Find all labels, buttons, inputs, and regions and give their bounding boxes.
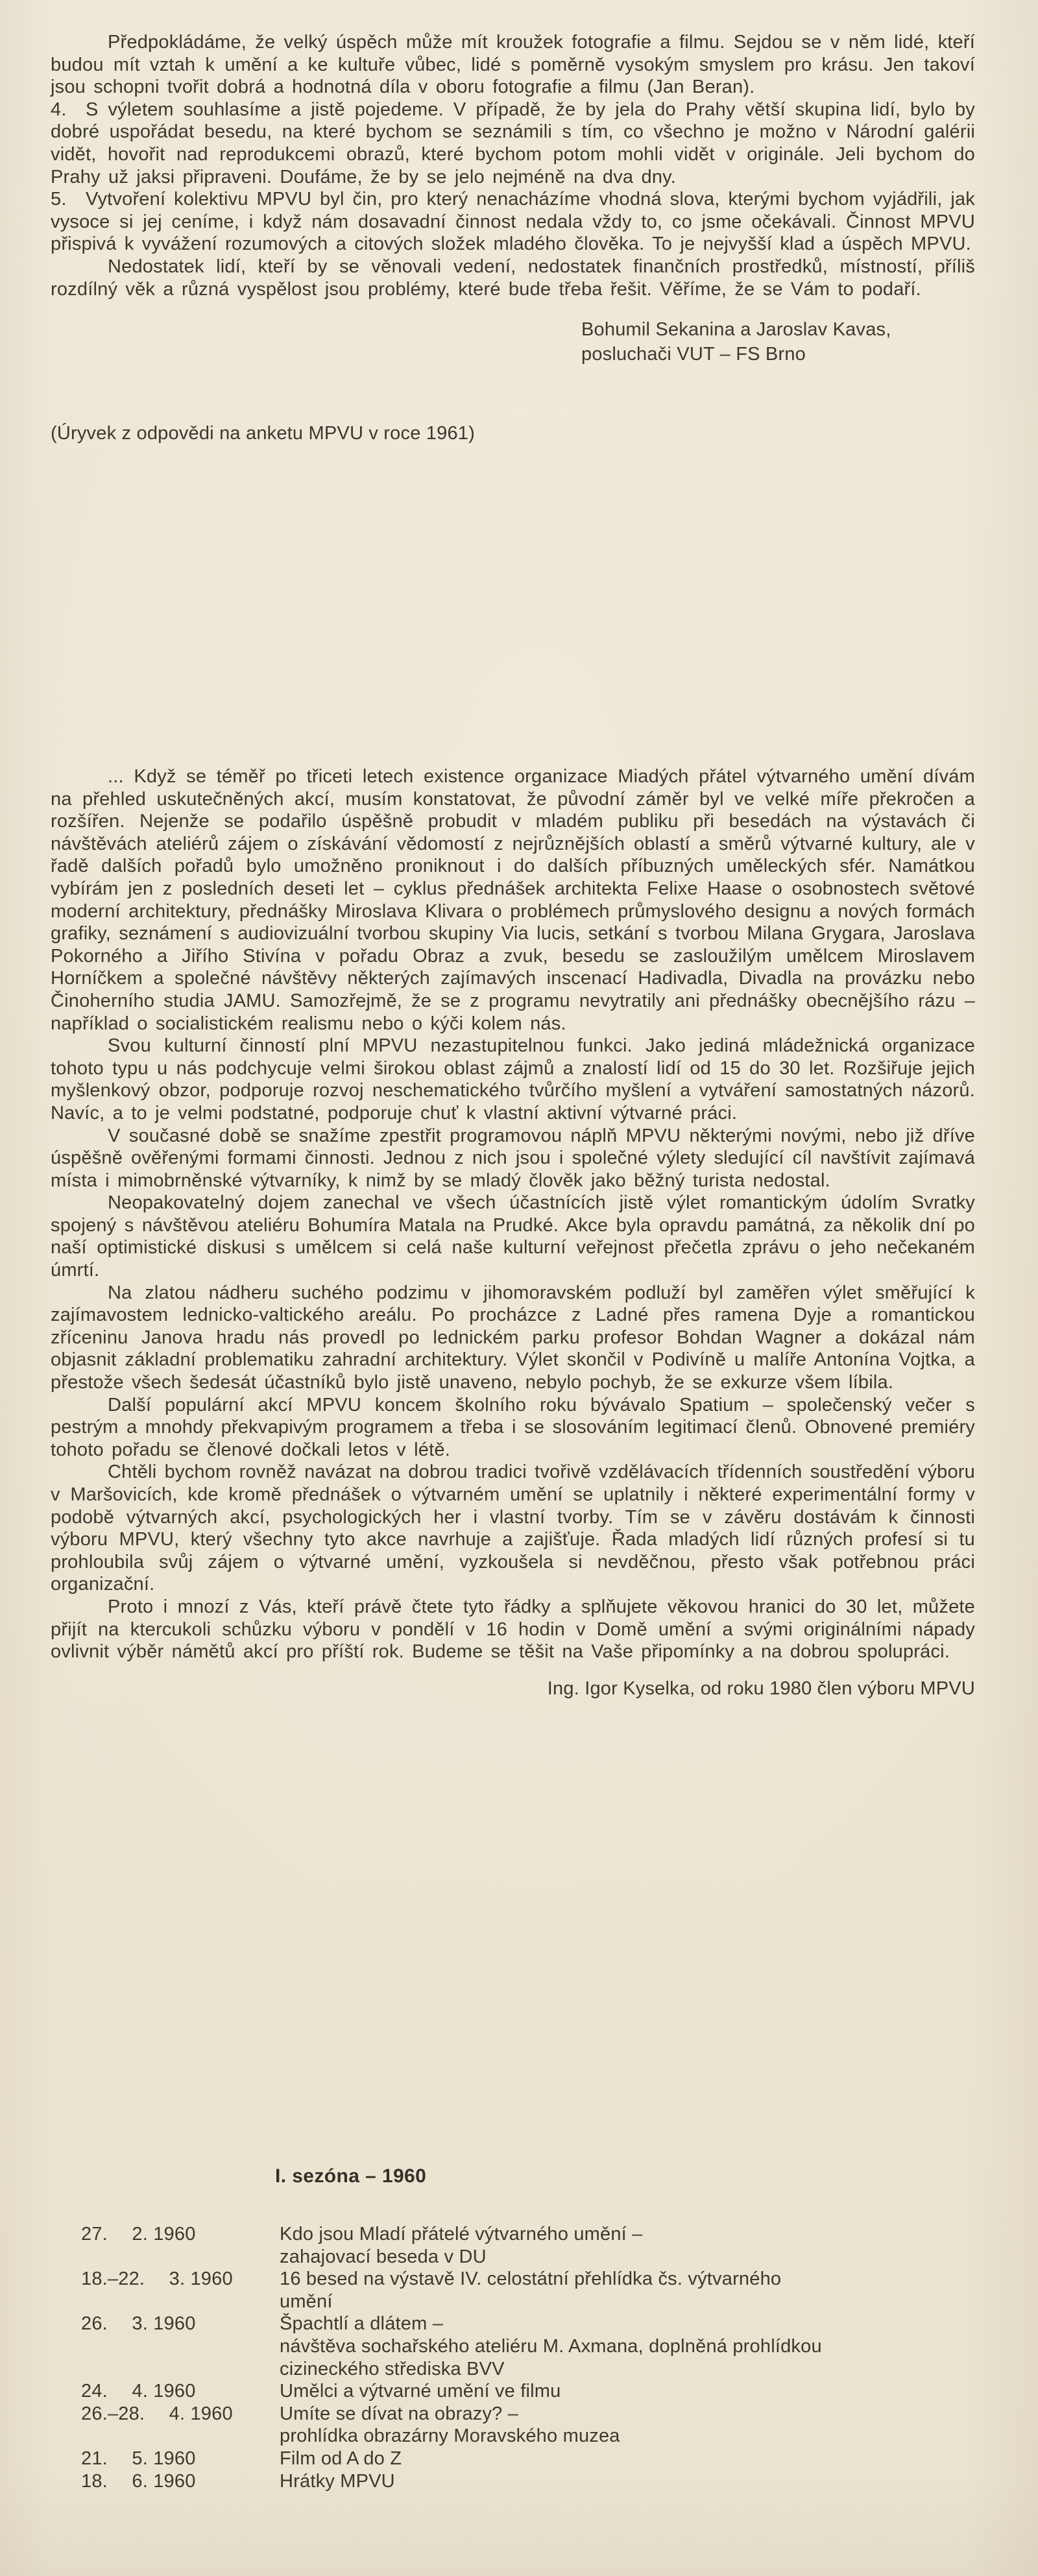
event-date: 27. 2. 1960: [81, 2223, 280, 2246]
event-description: Film od A do Z: [280, 2448, 975, 2470]
event-line: cizineckého střediska BVV: [280, 2358, 975, 2381]
season-heading: I. sezóna – 1960: [275, 2165, 975, 2188]
paragraph: Neopakovatelný dojem zanechal ve všech ú…: [51, 1192, 975, 1281]
paragraph: ... Když se téměř po třiceti letech exis…: [51, 765, 975, 1035]
anketa-section: Předpokládáme, že velký úspěch může mít …: [51, 31, 975, 445]
anketa-paragraphs: Předpokládáme, že velký úspěch může mít …: [51, 31, 975, 300]
paragraph: V současné době se snažíme zpestřit prog…: [51, 1125, 975, 1192]
paragraph: Chtěli bychom rovněž navázat na dobrou t…: [51, 1461, 975, 1596]
event-line: Hrátky MPVU: [280, 2470, 975, 2493]
event-date: 26. 3. 1960: [81, 2313, 280, 2335]
event-line: zahajovací beseda v DU: [280, 2246, 975, 2269]
season-section: I. sezóna – 1960 27. 2. 1960 Kdo jsou Ml…: [51, 2165, 975, 2492]
event-date: 18. 6. 1960: [81, 2470, 280, 2493]
paragraph: Nedostatek lidí, kteří by se věnovali ve…: [51, 256, 975, 300]
event-description: Hrátky MPVU: [280, 2470, 975, 2493]
paragraph: Další populární akcí MPVU koncem školníh…: [51, 1394, 975, 1462]
event-line: Kdo jsou Mladí přátelé výtvarného umění …: [280, 2223, 975, 2246]
paragraph: Proto i mnozí z Vás, kteří právě čtete t…: [51, 1596, 975, 1663]
event-row: 18. 6. 1960 Hrátky MPVU: [81, 2470, 975, 2493]
event-date: 18.–22. 3. 1960: [81, 2268, 280, 2291]
paragraph: 4. S výletem souhlasíme a jistě pojedeme…: [51, 99, 975, 188]
event-date: 26.–28. 4. 1960: [81, 2403, 280, 2426]
event-row: 24. 4. 1960 Umělci a výtvarné umění ve f…: [81, 2380, 975, 2403]
event-description: Špachtlí a dlátem –návštěva sochařského …: [280, 2313, 975, 2380]
event-description: Umíte se dívat na obrazy? –prohlídka obr…: [280, 2403, 975, 2448]
event-row: 27. 2. 1960 Kdo jsou Mladí přátelé výtva…: [81, 2223, 975, 2268]
paragraph: Na zlatou nádheru suchého podzimu v jiho…: [51, 1282, 975, 1394]
event-line: Umělci a výtvarné umění ve filmu: [280, 2380, 975, 2403]
event-line: umění: [280, 2291, 975, 2313]
event-line: prohlídka obrazárny Moravského muzea: [280, 2425, 975, 2448]
signature-line: Bohumil Sekanina a Jaroslav Kavas,: [581, 317, 975, 342]
paragraph: Svou kulturní činností plní MPVU nezastu…: [51, 1035, 975, 1124]
event-line: 16 besed na výstavě IV. celostátní přehl…: [280, 2268, 975, 2291]
event-line: Špachtlí a dlátem –: [280, 2313, 975, 2335]
source-note: (Úryvek z odpovědi na anketu MPVU v roce…: [51, 422, 975, 445]
event-date: 21. 5. 1960: [81, 2448, 280, 2470]
scanned-page: Předpokládáme, že velký úspěch může mít …: [0, 0, 1038, 2576]
event-row: 26. 3. 1960 Špachtlí a dlátem –návštěva …: [81, 2313, 975, 2380]
event-line: Umíte se dívat na obrazy? –: [280, 2403, 975, 2426]
signature-line: posluchači VUT – FS Brno: [581, 342, 975, 367]
anketa-signature: Bohumil Sekanina a Jaroslav Kavas, poslu…: [581, 317, 975, 367]
event-schedule: 27. 2. 1960 Kdo jsou Mladí přátelé výtva…: [81, 2223, 975, 2492]
event-description: 16 besed na výstavě IV. celostátní přehl…: [280, 2268, 975, 2313]
essay-paragraphs: ... Když se téměř po třiceti letech exis…: [51, 765, 975, 1663]
event-row: 21. 5. 1960 Film od A do Z: [81, 2448, 975, 2470]
essay-section: ... Když se téměř po třiceti letech exis…: [51, 765, 975, 1700]
event-line: Film od A do Z: [280, 2448, 975, 2470]
event-description: Kdo jsou Mladí přátelé výtvarného umění …: [280, 2223, 975, 2268]
event-date: 24. 4. 1960: [81, 2380, 280, 2403]
paragraph: Předpokládáme, že velký úspěch může mít …: [51, 31, 975, 99]
event-row: 26.–28. 4. 1960 Umíte se dívat na obrazy…: [81, 2403, 975, 2448]
event-description: Umělci a výtvarné umění ve filmu: [280, 2380, 975, 2403]
event-line: návštěva sochařského ateliéru M. Axmana,…: [280, 2335, 975, 2358]
paragraph: 5. Vytvoření kolektivu MPVU byl čin, pro…: [51, 188, 975, 256]
event-row: 18.–22. 3. 1960 16 besed na výstavě IV. …: [81, 2268, 975, 2313]
essay-signature: Ing. Igor Kyselka, od roku 1980 člen výb…: [51, 1678, 975, 1700]
